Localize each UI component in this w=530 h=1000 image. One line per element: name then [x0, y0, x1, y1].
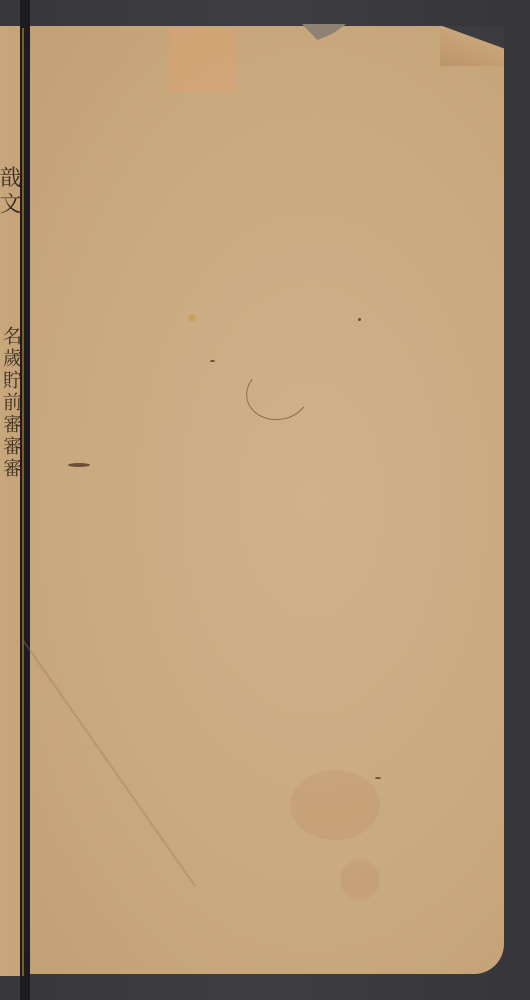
ink-speck	[210, 360, 215, 362]
right-page-blank	[24, 26, 504, 974]
water-stain	[340, 860, 380, 900]
left-page-text-bottom: 名歲貯前審審審	[0, 326, 22, 480]
ink-speck	[68, 463, 90, 467]
yellow-spot	[188, 314, 196, 322]
corner-curl	[440, 26, 504, 66]
faded-seal-stain	[170, 28, 236, 92]
ink-speck	[358, 318, 361, 321]
left-page-text-top: 戠文	[0, 166, 20, 218]
water-stain	[290, 770, 380, 840]
ink-speck	[375, 777, 381, 779]
spine-crease	[22, 28, 24, 976]
